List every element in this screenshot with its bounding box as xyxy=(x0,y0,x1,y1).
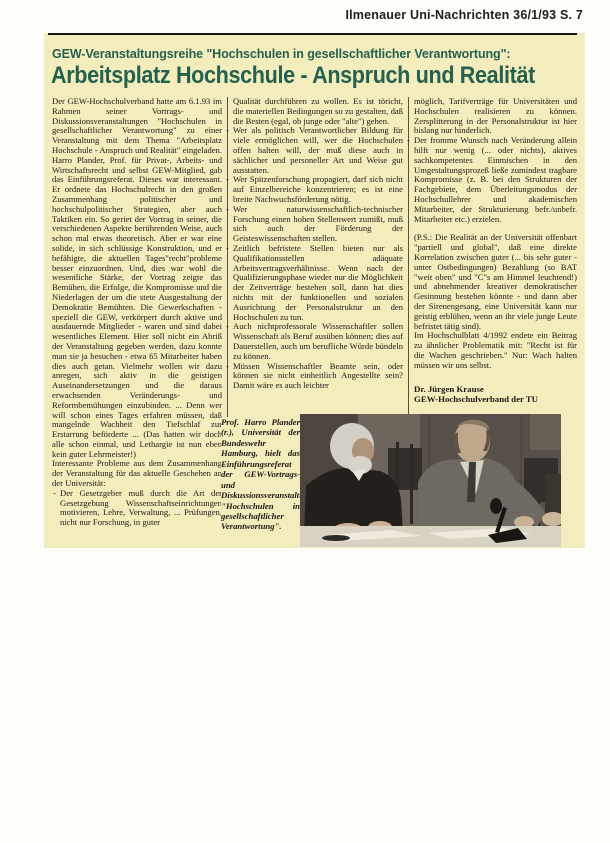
list-item-text: Der fromme Wunsch nach Veränderung allei… xyxy=(414,135,577,223)
article-headline: Arbeitsplatz Hochschule - Anspruch und R… xyxy=(51,62,535,90)
conference-photo xyxy=(300,414,561,547)
conference-photo-illustration xyxy=(300,414,561,547)
photo-caption: Prof. Harro Plander (r.), Universität de… xyxy=(221,417,300,548)
paragraph: Interessante Probleme aus dem Zusammenha… xyxy=(52,459,222,488)
article-box: GEW-Veranstaltungsreihe "Hochschulen in … xyxy=(44,33,585,548)
dash-bullet: - xyxy=(226,126,229,136)
article-kicker: GEW-Veranstaltungsreihe "Hochschulen in … xyxy=(52,47,585,61)
masthead: Ilmenauer Uni-Nachrichten 36/1/93 S. 7 xyxy=(345,8,583,22)
dash-bullet: - xyxy=(226,244,229,254)
dash-bullet: - xyxy=(226,175,229,185)
list-item: - Der Gesetzgeber muß durch die Art der … xyxy=(52,489,222,528)
list-item-text: Wer als politisch Verantwortlicher Bildu… xyxy=(233,125,403,174)
newsletter-page: Ilmenauer Uni-Nachrichten 36/1/93 S. 7 G… xyxy=(0,0,610,843)
list-item-text: Zeitlich befristete Stellen bieten nur a… xyxy=(233,243,403,322)
list-item-text: Der Gesetzgeber muß durch die Art der Ge… xyxy=(60,488,222,527)
postscript: (P.S.: Die Realität an der Universität o… xyxy=(414,233,577,331)
dash-bullet: - xyxy=(53,489,56,499)
dash-bullet: - xyxy=(226,362,229,372)
list-item: - Wer Spitzenforschung propagiert, darf … xyxy=(233,175,403,204)
dash-bullet: - xyxy=(226,322,229,332)
paragraph: Qualität durchführen zu wollen. Es ist t… xyxy=(233,97,403,126)
list-item: - Wer als politisch Verantwortlicher Bil… xyxy=(233,126,403,175)
paragraph: Im Hochschulblatt 4/1992 endete ein Beit… xyxy=(414,331,577,370)
column-1: Der GEW-Hochschulverband hatte am 6.1.93… xyxy=(52,97,222,545)
top-rule xyxy=(48,33,577,35)
list-item-text: Müssen Wissenschaftler Beamte sein, oder… xyxy=(233,361,403,391)
paragraph: möglich, Tarifverträge für Universitäten… xyxy=(414,97,577,136)
list-item: - Müssen Wissenschaftler Beamte sein, od… xyxy=(233,362,403,391)
paragraph: Der GEW-Hochschulverband hatte am 6.1.93… xyxy=(52,97,222,459)
dash-bullet: - xyxy=(226,205,229,215)
list-item: - Zeitlich befristete Stellen bieten nur… xyxy=(233,244,403,322)
list-item: - Der fromme Wunsch nach Veränderung all… xyxy=(414,136,577,224)
list-item: - Auch nichtprofessorale Wissenschaftler… xyxy=(233,322,403,361)
list-item: - Wer naturwissenschaftlich-technischer … xyxy=(233,205,403,244)
list-item-text: Auch nichtprofessorale Wissenschaftler s… xyxy=(233,321,403,360)
dash-bullet: - xyxy=(407,136,410,146)
signature-organization: GEW-Hochschulverband der TU xyxy=(414,394,577,405)
list-item-text: Wer Spitzenforschung propagiert, darf si… xyxy=(233,174,403,204)
signature: Dr. Jürgen Krause GEW-Hochschulverband d… xyxy=(414,384,577,405)
list-item-text: Wer naturwissenschaftlich-technischer Fo… xyxy=(233,204,403,243)
signature-name: Dr. Jürgen Krause xyxy=(414,384,577,395)
